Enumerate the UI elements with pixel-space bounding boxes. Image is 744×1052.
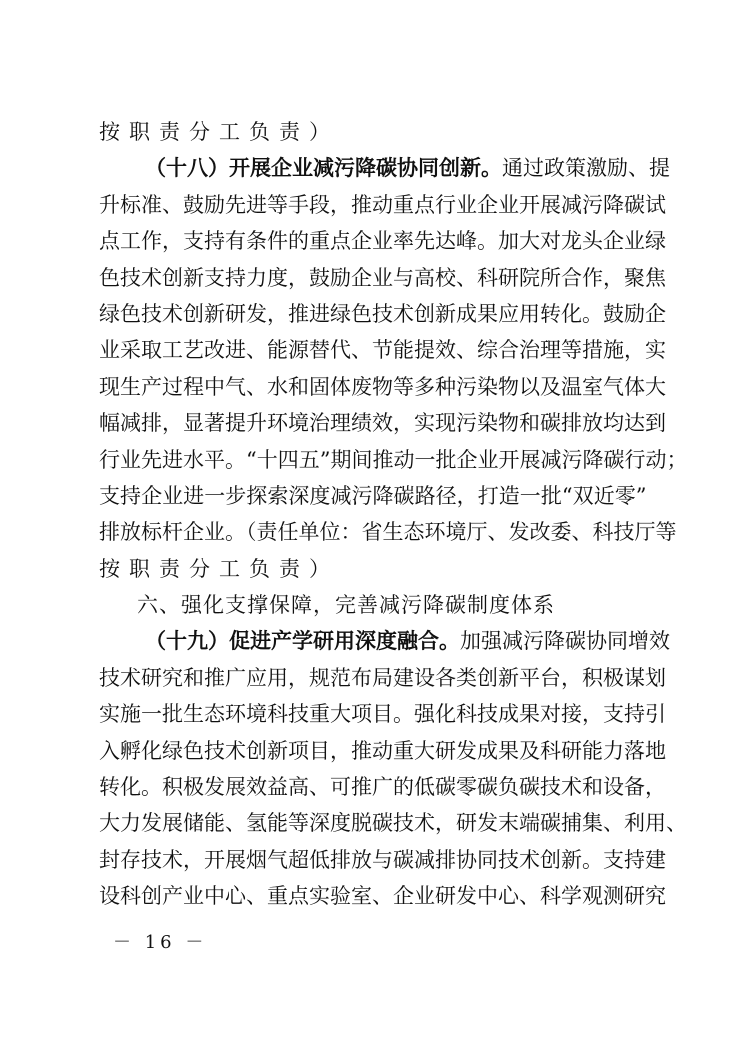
text-line: 行业先进水平。“十四五”期间推动一批企业开展减污降碳行动； [99,442,646,478]
text-line: 按职责分工负责） [99,551,646,587]
text-line: 现生产过程中气、水和固体废物等多种污染物以及温室气体大 [99,369,646,405]
text-line: 幅减排，显著提升环境治理绩效，实现污染物和碳排放均达到 [99,405,646,441]
text-line: 支持企业进一步探索深度减污降碳路径，打造一批“双近零” [99,478,646,514]
text-line: 大力发展储能、氢能等深度脱碳技术，研发末端碳捕集、利用、 [99,805,646,841]
text-line: 转化。积极发展效益高、可推广的低碳零碳负碳技术和设备， [99,769,646,805]
text-line: 技术研究和推广应用，规范布局建设各类创新平台，积极谋划 [99,660,646,696]
item-19-title: （十九）促进产学研用深度融合。 [145,628,460,653]
text-line: 封存技术，开展烟气超低排放与碳减排协同技术创新。支持建 [99,842,646,878]
text-line: 入孵化绿色技术创新项目，推动重大研发成果及科研能力落地 [99,733,646,769]
body-text: 按职责分工负责） （十八）开展企业减污降碳协同创新。通过政策激励、提 升标准、鼓… [99,114,646,915]
text-line: 设科创产业中心、重点实验室、企业研发中心、科学观测研究 [99,878,646,914]
text-run: 通过政策激励、提 [502,156,670,180]
item-18-title: （十八）开展企业减污降碳协同创新。 [145,155,502,180]
text-line: 排放标杆企业。（责任单位：省生态环境厅、发改委、科技厅等 [99,514,646,550]
text-line: 绿色技术创新研发，推进绿色技术创新成果应用转化。鼓励企 [99,296,646,332]
section-6-heading: 六、强化支撑保障，完善减污降碳制度体系 [99,587,646,623]
text-line: 实施一批生态环境科技重大项目。强化科技成果对接，支持引 [99,696,646,732]
text-line: 按职责分工负责） [99,114,646,150]
text-line: 业采取工艺改进、能源替代、节能提效、综合治理等措施，实 [99,332,646,368]
text-run: 加强减污降碳协同增效 [460,629,670,653]
text-line: 点工作，支持有条件的重点企业率先达峰。加大对龙头企业绿 [99,223,646,259]
item-18-heading-line: （十八）开展企业减污降碳协同创新。通过政策激励、提 [99,150,646,186]
text-line: 色技术创新支持力度，鼓励企业与高校、科研院所合作，聚焦 [99,260,646,296]
item-19-heading-line: （十九）促进产学研用深度融合。加强减污降碳协同增效 [99,623,646,659]
page-number: － 16 － [113,930,207,956]
document-page: 按职责分工负责） （十八）开展企业减污降碳协同创新。通过政策激励、提 升标准、鼓… [0,0,744,1052]
text-line: 升标准、鼓励先进等手段，推动重点行业企业开展减污降碳试 [99,187,646,223]
